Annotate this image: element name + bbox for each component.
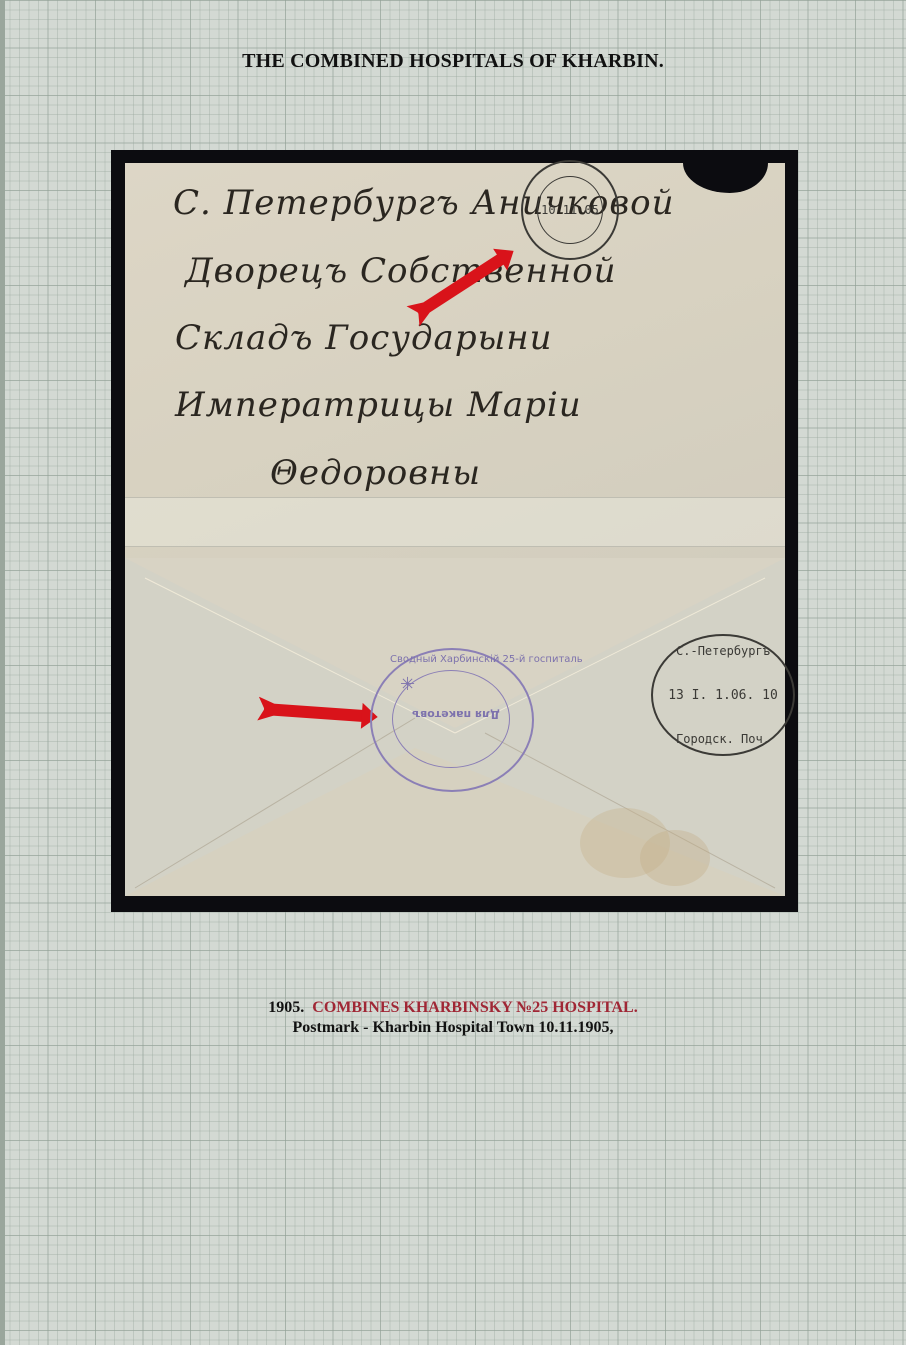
caption-line-2: Postmark - Kharbin Hospital Town 10.11.1… <box>0 1018 906 1038</box>
arrival-postmark-bottom: Городск. Поч. <box>676 732 770 746</box>
seal-center-text: Для пакетовъ <box>412 708 500 721</box>
postmark-inner-ring <box>537 176 603 244</box>
hospital-seal: ✳ Сводный Харбинскій 25-й госпиталь Для … <box>370 648 534 792</box>
hinge-tape <box>125 497 785 547</box>
address-line-3: Складъ Государыни <box>175 318 553 358</box>
caption-heading: COMBINES KHARBINSKY №25 HOSPITAL. <box>312 999 637 1016</box>
seal-star-icon: ✳ <box>400 674 415 695</box>
address-line-4: Императрицы Маріи <box>175 385 582 425</box>
page-edge <box>0 0 5 1345</box>
caption-line-1: 1905. COMBINES KHARBINSKY №25 HOSPITAL. <box>0 998 906 1018</box>
seal-outer-text: Сводный Харбинскій 25-й госпиталь <box>390 654 514 665</box>
arrival-postmark: С.-Петербургъ 13 I. 1.06. 10 Городск. По… <box>651 634 795 756</box>
arrival-postmark-top: С.-Петербургъ <box>676 644 770 658</box>
arrival-postmark-date: 13 I. 1.06. 10 <box>668 688 778 703</box>
caption: 1905. COMBINES KHARBINSKY №25 HOSPITAL. … <box>0 998 906 1038</box>
departure-postmark: 10 11 05 <box>521 160 619 260</box>
address-line-2: Дворецъ Собственной <box>185 251 617 291</box>
caption-year: 1905. <box>268 999 304 1016</box>
address-line-5: Θедоровны <box>270 453 481 493</box>
page-title: THE COMBINED HOSPITALS OF KHARBIN. <box>0 50 906 73</box>
